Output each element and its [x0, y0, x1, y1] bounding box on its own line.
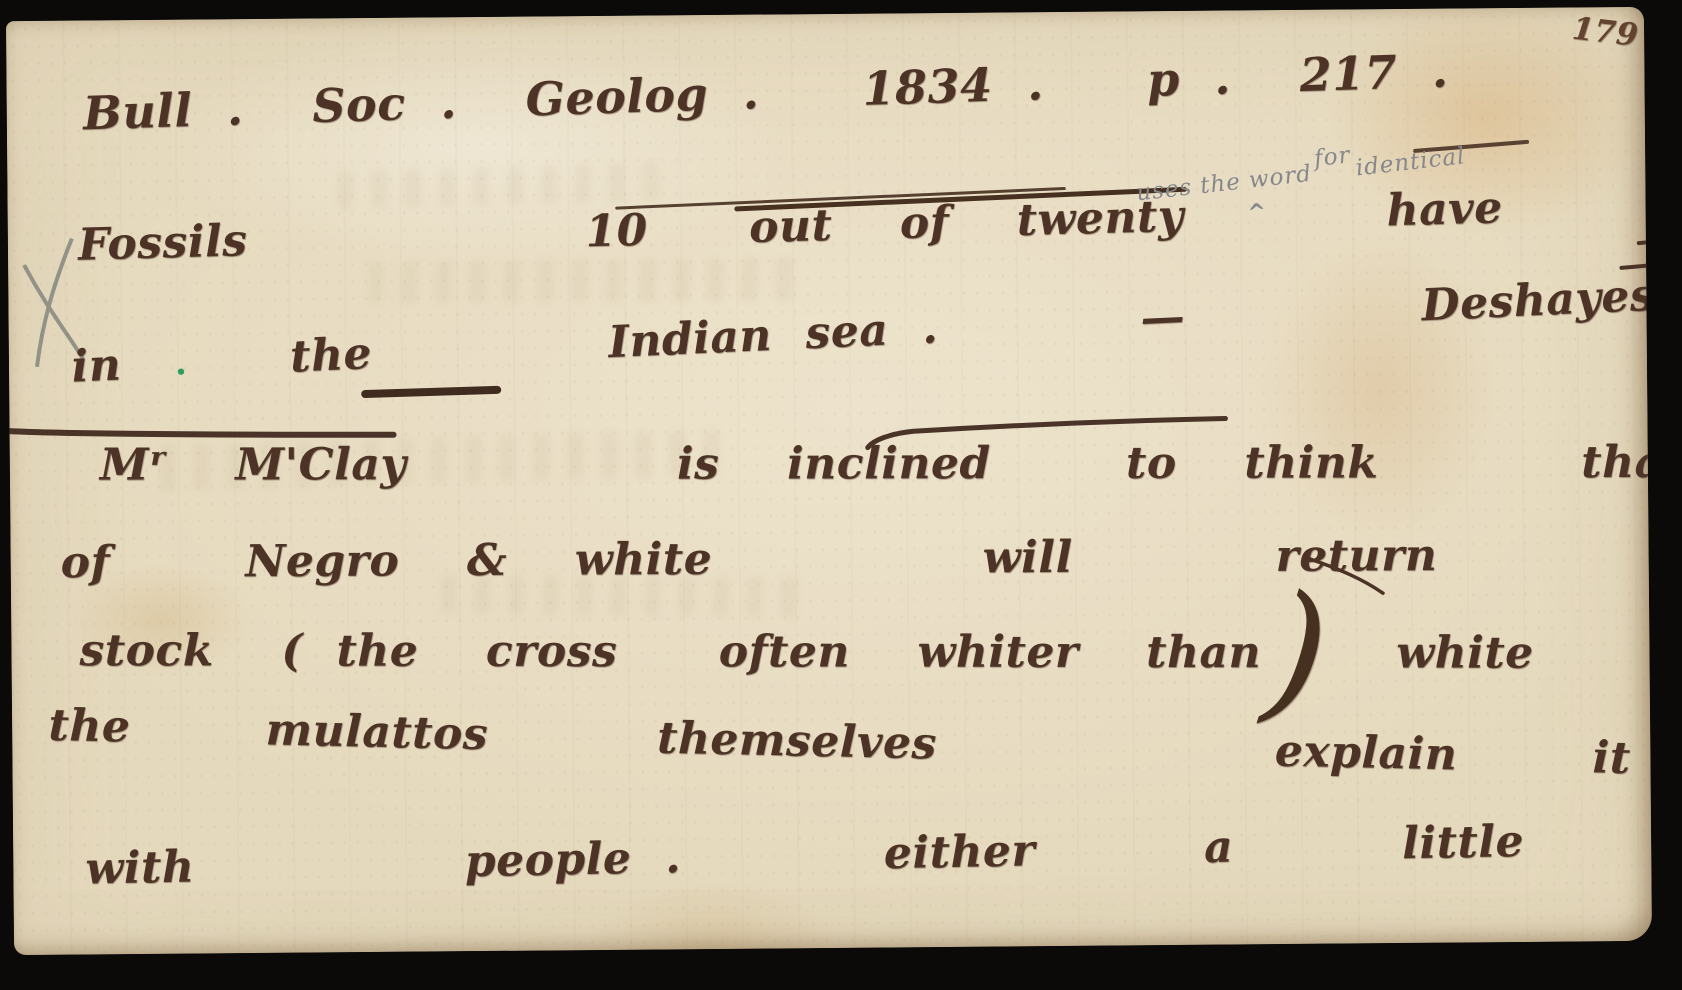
handwritten-line-5: of Negro & white will return to native [61, 531, 1652, 585]
pencil-annotation-after: identical [1354, 143, 1466, 181]
manuscript-page: 179 Bull . Soc . Geolog . 1834 . p . 217… [6, 7, 1652, 955]
divider-rule-left [10, 428, 394, 438]
handwritten-line-1: Bull . Soc . Geolog . 1834 . p . 217 . J… [82, 35, 1652, 136]
line2-start: Fossils 10 [77, 202, 749, 271]
line7-start: the mulattos themselves explain it by [48, 700, 1652, 790]
line4-start: Mʳ M'Clay is inclined to think that [100, 437, 1652, 491]
pencil-insertion-caret: ^ [1247, 200, 1267, 226]
photograph-background: 179 Bull . Soc . Geolog . 1834 . p . 217… [0, 0, 1682, 990]
handwritten-line-3: in the Indian sea . — Deshayes . [71, 264, 1652, 390]
ink-showthrough [337, 163, 668, 210]
large-closing-parenthesis: ) [1259, 573, 1335, 731]
ink-showthrough [368, 258, 798, 304]
overstruck-words: out of twenty [748, 191, 1184, 253]
pencil-annotation-inserted-word: for [1313, 142, 1352, 172]
handwritten-line-7: the mulattos themselves explain it by in… [48, 704, 1652, 794]
handwritten-line-2: Fossils 10 out of twenty have analogues … [77, 172, 1652, 267]
handwritten-line-8: with people . either a little nearer bla… [85, 807, 1652, 892]
handwritten-line-6: stock ( the cross often whiter than whit… [79, 629, 1652, 676]
emphasis-line [365, 390, 497, 394]
handwritten-line-4: Mʳ M'Clay is inclined to think that offs… [100, 440, 1652, 487]
